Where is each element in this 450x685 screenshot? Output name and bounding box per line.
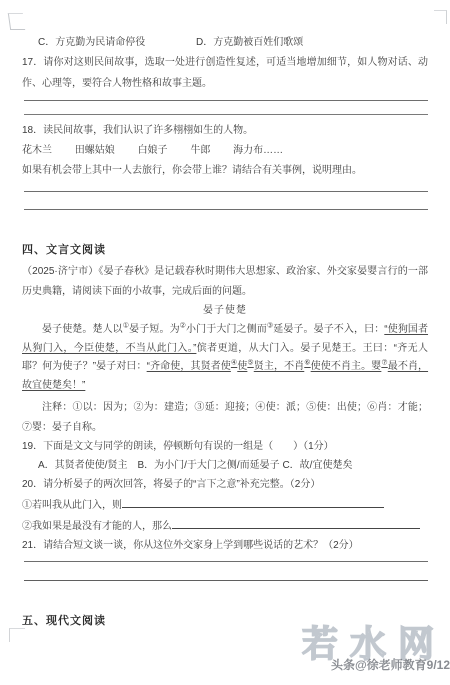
character-name: 海力布……: [233, 145, 283, 156]
q20-blank-1-label: ①若叫我从此门入，则: [22, 500, 122, 511]
choice-row-cd: C．方克勤为民请命停役 D．方克勤被百姓们歌颂: [22, 33, 428, 52]
watermark-credit: 头条@徐老师教育9/12: [331, 656, 450, 673]
section-4-title: 四、文言文阅读: [22, 241, 428, 260]
question-18-ask: 如果有机会带上其中一人去旅行，你会带上谁？请结合有关事例，说明理由。: [22, 161, 428, 181]
passage-notes: 注释：①以：因为；②为：建造；③延：迎接；④使：派；⑤使：出使；⑥肖：才能；⑦婴…: [22, 398, 428, 437]
q20-blank-1-line: [122, 498, 384, 508]
answer-line: [24, 580, 428, 581]
answer-line: [24, 561, 428, 562]
passage-intro: （2025·济宁市）《晏子春秋》是记载春秋时期伟大思想家、政治家、外交家晏婴言行…: [22, 262, 428, 302]
scan-corner-mark-top-right: [434, 10, 447, 24]
answer-line: [24, 191, 428, 192]
question-19-options: A．其贤者使使/贤主 B．为小门/于大门之侧/而延晏子 C．故/宜使楚矣: [22, 456, 428, 475]
question-18-stem: 18．读民间故事，我们认识了许多栩栩如生的人物。: [22, 121, 428, 141]
character-name: 牛郎: [190, 145, 210, 156]
choice-d: D．方克勤被百姓们歌颂: [196, 37, 303, 48]
section-5-title: 五、现代文阅读: [22, 612, 428, 631]
answer-line: [24, 209, 428, 210]
question-19-stem: 19．下面是文文与同学的朗读，停顿断句有误的一组是（ ）（1分）: [22, 437, 428, 456]
exam-page: C．方克勤为民请命停役 D．方克勤被百姓们歌颂 17．请你对这则民间故事，选取一…: [22, 33, 428, 631]
answer-line: [24, 114, 428, 115]
character-name-list: 花木兰 田螺姑娘 白娘子 牛郎 海力布……: [22, 141, 428, 161]
scan-corner-mark-top-left: [8, 13, 25, 30]
q20-blank-2-row: ②我如果是最没有才能的人，那么: [22, 517, 428, 536]
passage-text: 晏子使楚。楚人以①晏子短。为②小门于大门之侧而③延晏子。晏子不入，曰：“使狗国者…: [22, 321, 428, 395]
question-20-stem: 20．请分析晏子的两次回答，将晏子的“言下之意”补充完整。（2分）: [22, 475, 428, 494]
character-name: 花木兰: [22, 145, 52, 156]
q20-blank-1-row: ①若叫我从此门入，则: [22, 496, 428, 515]
question-17: 17．请你对这则民间故事，选取一处进行创造性复述，可适当地增加细节，如人物对话、…: [22, 52, 428, 94]
q20-blank-2-line: [172, 519, 420, 529]
answer-line: [24, 100, 428, 101]
q20-blank-2-label: ②我如果是最没有才能的人，那么: [22, 521, 172, 532]
passage-title: 晏子使楚: [22, 302, 428, 319]
character-name: 白娘子: [138, 145, 168, 156]
character-name: 田螺姑娘: [75, 145, 115, 156]
choice-c: C．方克勤为民请命停役: [38, 37, 145, 48]
question-21: 21．请结合短文谈一谈，你从这位外交家身上学到哪些说话的艺术？（2分）: [22, 536, 428, 555]
